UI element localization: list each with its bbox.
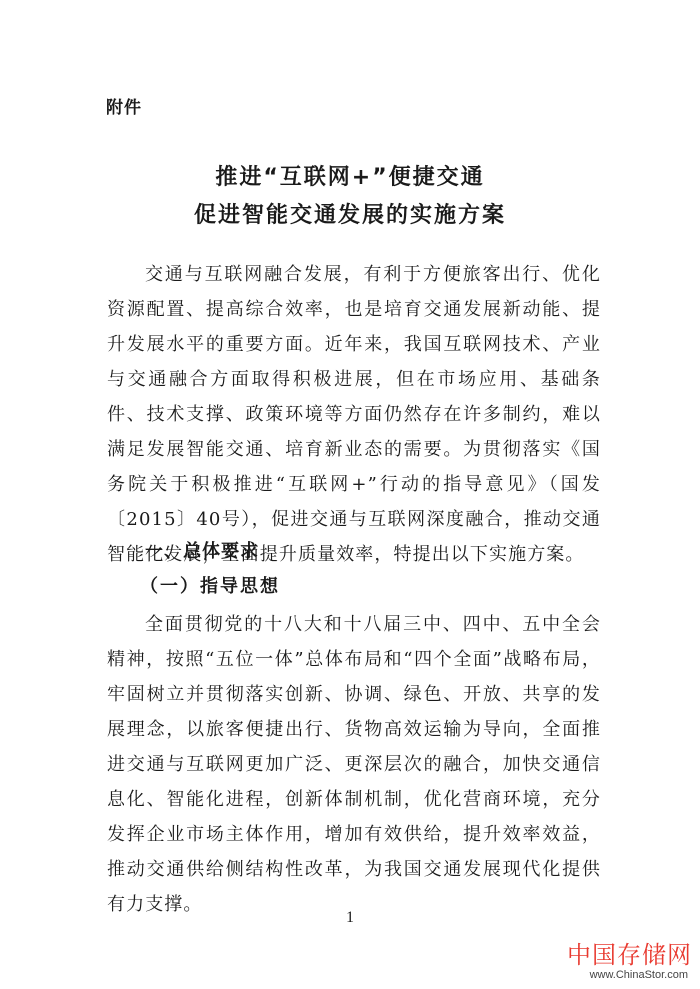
document-title-line2: 促进智能交通发展的实施方案 [0,198,700,229]
watermark-logo: 中国存储网 www.ChinaStor.com [562,942,692,982]
guiding-paragraph: 全面贯彻党的十八大和十八届三中、四中、五中全会精神，按照“五位一体”总体布局和“… [107,607,601,922]
attachment-label: 附件 [106,93,142,118]
document-page: 附件 推进“互联网+”便捷交通 促进智能交通发展的实施方案 交通与互联网融合发展… [0,0,700,989]
section-heading: 一、总体要求 [145,537,259,563]
subsection-heading: （一）指导思想 [140,572,280,598]
document-title-line1: 推进“互联网+”便捷交通 [0,160,700,191]
page-number: 1 [0,909,700,927]
watermark-name: 中国存储网 [562,942,692,968]
intro-paragraph: 交通与互联网融合发展，有利于方便旅客出行、优化资源配置、提高综合效率，也是培育交… [107,257,601,572]
watermark-url: www.ChinaStor.com [562,968,688,982]
